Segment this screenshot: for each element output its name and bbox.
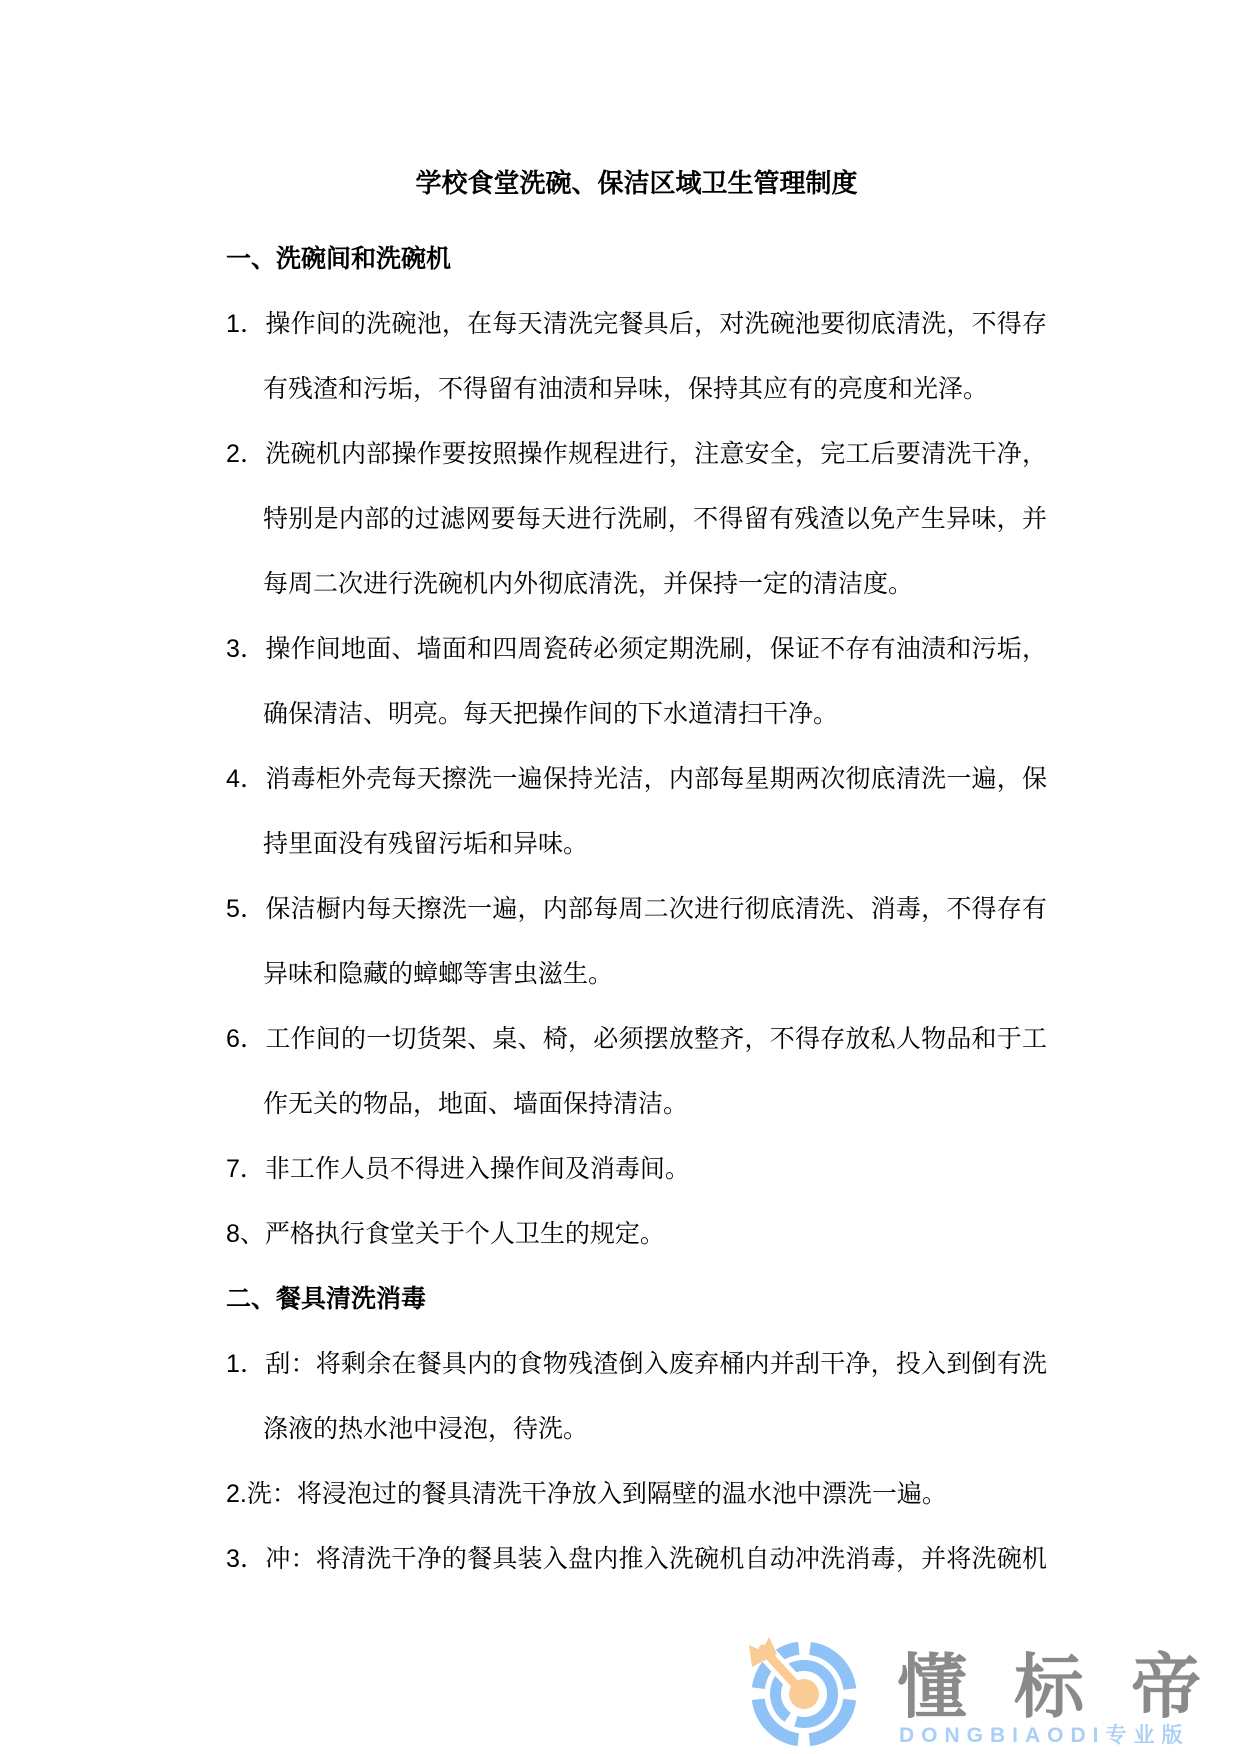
dart-target-icon [746, 1634, 866, 1754]
text-line: 2．洗碗机内部操作要按照操作规程进行，注意安全，完工后要清洗干净， [226, 437, 1047, 471]
text-line: 作无关的物品，地面、墙面保持清洁。 [263, 1087, 1047, 1121]
text-line: 3．冲：将清洗干净的餐具装入盘内推入洗碗机自动冲洗消毒，并将洗碗机 [226, 1542, 1047, 1576]
text-line: 6．工作间的一切货架、桌、椅，必须摆放整齐，不得存放私人物品和于工 [226, 1022, 1047, 1056]
watermark-caption: DONGBIAODI专业版 [899, 1723, 1190, 1749]
section-heading: 二、餐具清洗消毒 [226, 1282, 1047, 1316]
text-line: 持里面没有残留污垢和异味。 [263, 827, 1047, 861]
text-line: 4．消毒柜外壳每天擦洗一遍保持光洁，内部每星期两次彻底清洗一遍，保 [226, 762, 1047, 796]
watermark-brand-latin: DONGBIAODI [899, 1724, 1106, 1747]
text-line: 5．保洁橱内每天擦洗一遍，内部每周二次进行彻底清洗、消毒，不得存有 [226, 892, 1047, 926]
text-line: 确保清洁、明亮。每天把操作间的下水道清扫干净。 [263, 697, 1047, 731]
text-line: 有残渣和污垢，不得留有油渍和异味，保持其应有的亮度和光泽。 [263, 372, 1047, 406]
text-line: 8、严格执行食堂关于个人卫生的规定。 [226, 1217, 1047, 1251]
text-line: 1．刮：将剩余在餐具内的食物残渣倒入废弃桶内并刮干净，投入到倒有洗 [226, 1347, 1047, 1381]
text-line: 涤液的热水池中浸泡，待洗。 [263, 1412, 1047, 1446]
text-line: 异味和隐藏的蟑螂等害虫滋生。 [263, 957, 1047, 991]
text-line: 1．操作间的洗碗池，在每天清洗完餐具后，对洗碗池要彻底清洗，不得存 [226, 307, 1047, 341]
text-line: 每周二次进行洗碗机内外彻底清洗，并保持一定的清洁度。 [263, 567, 1047, 601]
section-heading: 一、洗碗间和洗碗机 [226, 242, 1047, 276]
watermark-brand-name: 懂标帝 [897, 1650, 1241, 1724]
watermark-edition-label: 专业版 [1106, 1724, 1190, 1747]
text-line: 3．操作间地面、墙面和四周瓷砖必须定期洗刷，保证不存有油渍和污垢， [226, 632, 1047, 666]
document-page: 学校食堂洗碗、保洁区域卫生管理制度 一、洗碗间和洗碗机1．操作间的洗碗池，在每天… [0, 0, 1241, 1754]
text-line: 2.洗：将浸泡过的餐具清洗干净放入到隔壁的温水池中漂洗一遍。 [226, 1477, 1047, 1511]
page-title: 学校食堂洗碗、保洁区域卫生管理制度 [226, 165, 1047, 201]
text-line: 7．非工作人员不得进入操作间及消毒间。 [226, 1152, 1047, 1186]
text-line: 特别是内部的过滤网要每天进行洗刷，不得留有残渣以免产生异味，并 [263, 502, 1047, 536]
